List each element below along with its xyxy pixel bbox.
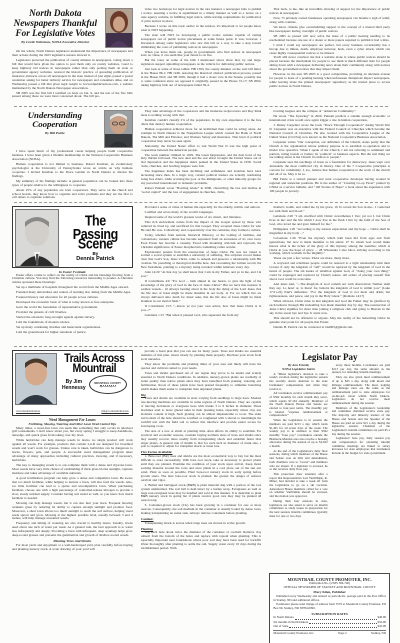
article-cooperation: Understanding Cooperation By Bill Patrie… [12,110,390,199]
author-photo-bill-patrie [104,110,133,148]
trails-col2: provide a basal plan that you can use fo… [141,350,262,643]
masthead-box: MOUNTRAIL COUNTY PROMOTER, INC. Publicat… [269,573,390,643]
author-photo-cecile-wehrman [105,8,133,48]
section-divider [14,202,388,203]
article-nd-newspapers: North Dakota Newspapers Thankful For Leg… [12,8,390,103]
mountrail-county-agency-logo: MOUNTRAIL COUNTY Agricultural Agency [89,375,127,394]
legislator-pay-left: By Ann Estvold, NDNA Legislative Intern … [269,364,327,570]
newspaper-page: North Dakota Newspapers Thankful For Leg… [0,0,400,643]
passing-scene-col1: The Passing Scene By Dennis Patrick In E… [12,206,133,343]
masthead-postmaster-note: Postmaster please send change of address… [273,603,386,611]
nd-newspapers-col2: vides two backstops for legal notices in… [141,8,262,103]
section-divider [14,346,388,347]
trails-website-link: www.mountrail.nd.us [16,410,40,413]
rate-row-six-months: Six months in North Dakota$32.00 [273,621,386,625]
legislator-pay-headline: Legislator Pay [269,352,390,362]
passing-scene-col3: mother's womb, and called me by his grac… [269,206,390,343]
author-photo-jim-hennessy [15,353,57,405]
cooperation-col1: Understanding Cooperation By Bill Patrie… [12,110,133,199]
trails-email-link: jim@co.mountrail.nd.us [101,410,128,413]
page-number: Page 2 [338,632,346,636]
masthead-footer: Mountrail County Promoter, Inc. Page 2 S… [273,630,386,636]
masthead-official: OFFICIAL NEWSPAPER OF STANLEY AND MOUNTR… [273,586,386,590]
trails-by-line2: Hennessy [62,385,86,391]
section-bottom: Trails Across Mountrail By Jim Hennessy … [12,350,390,643]
cooperation-col3: bowling leagues and the collapse of “Ame… [269,110,390,199]
passing-scene-banner: The Passing Scene By Dennis Patrick [12,206,133,268]
cooperation-col1-text: I have spent much of my professional car… [12,150,133,199]
trails-title-line2: Mountrail [59,364,130,375]
nd-newspapers-col3: That feels, to me, like an incredible sh… [269,8,390,103]
masthead-footer-city: Stanley, ND [371,632,386,636]
section-divider [14,106,388,107]
trails-col1-text: Many times, a weed-free lawn can seem li… [12,427,133,552]
passing-scene-title-line2: Scene [61,238,130,251]
cooperation-col2: They take advantage of the cooperators a… [141,110,262,199]
masthead-footer-company: Mountrail County Promoter, Inc. [273,632,314,636]
cooperation-headline: Understanding Cooperation [12,111,98,130]
nd-newspapers-col1-text: On the whole, North Dakota legislators u… [12,50,133,99]
article-passing-scene: The Passing Scene By Dennis Patrick In E… [12,206,390,343]
nd-newspapers-col1: North Dakota Newspapers Thankful For Leg… [12,8,133,103]
passing-scene-author: Dennis Patrick [61,256,130,262]
legislator-pay-right: every three months. Lawmakers are paid $… [332,364,390,570]
nd-newspapers-byline: By Cecile Wehrman, NDNA Executive Direct… [12,40,99,44]
passing-scene-col1-text: Easter offers a time to reflect on the r… [12,274,133,335]
rate-row-out-of-state: Out of State$45.00 [273,625,386,629]
legislator-pay-byline: By Ann Estvold, NDNA Legislative Intern [269,364,327,372]
trails-banner: Trails Across Mountrail By Jim Hennessy … [12,350,133,416]
passing-scene-col2: Provided a sense of value of human life … [141,206,262,343]
nd-newspapers-headline: North Dakota Newspapers Thankful For Leg… [12,9,99,38]
trails-subhead2: Fertilizing, Mowing, Watering And Other … [12,422,133,426]
cooperation-byline: By Bill Patrie [12,131,98,135]
author-photo-dennis-patrick [15,209,59,267]
legislator-pay-col: Legislator Pay By Ann Estvold, NDNA Legi… [269,350,390,643]
trails-col1: Trails Across Mountrail By Jim Hennessy … [12,350,133,643]
